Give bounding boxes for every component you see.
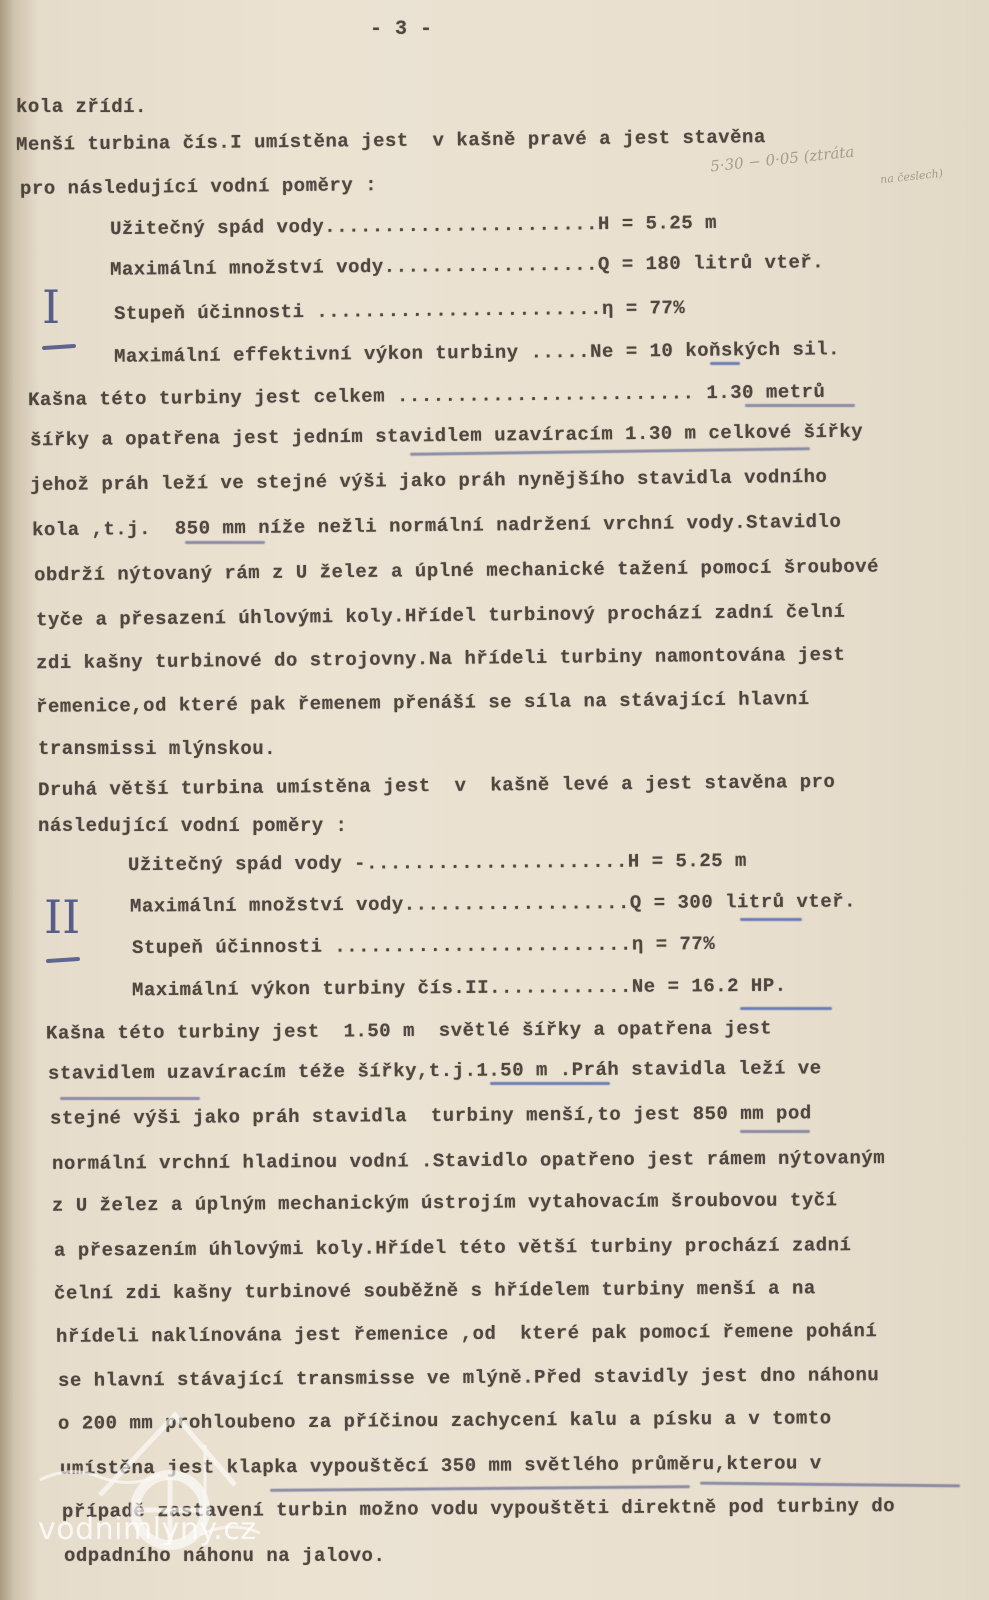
text-line: stavidlem uzavíracím téže šířky,t.j.1.50…: [48, 1057, 822, 1084]
spec-line-head: Užitečný spád vody -....................…: [128, 850, 747, 876]
text-line: stejné výši jako práh stavidla turbiny m…: [50, 1102, 812, 1129]
handwritten-note-continued: na česlech): [879, 167, 943, 187]
underline-mark: [410, 447, 810, 456]
text-line: kola zřídí.: [16, 96, 147, 118]
underline-mark: [700, 1482, 960, 1488]
text-line: a přesazením úhlovými koly.Hřídel této v…: [54, 1234, 852, 1262]
margin-mark-bar: [42, 344, 76, 350]
spec-line-efficiency: Stupeň účinnosti .......................…: [114, 297, 685, 325]
water-mill-house-icon: [30, 1385, 260, 1585]
text-line: kola ,t.j. 850 mm níže nežli normální na…: [32, 511, 842, 541]
margin-mark-ii: II: [44, 890, 80, 944]
spec-line-flow: Maximální množství vody.................…: [110, 251, 824, 280]
text-line: Kašna této turbiny jest 1.50 m světlé ší…: [46, 1017, 772, 1044]
text-line: čelní zdi kašny turbinové souběžně s hří…: [54, 1277, 816, 1304]
underline-mark: [270, 1485, 690, 1492]
watermark-text: vodnimlyny.cz: [38, 1512, 257, 1547]
text-line: zdi kašny turbinové do strojovny.Na hříd…: [36, 644, 846, 674]
spec-line-efficiency: Stupeň účinnosti .......................…: [132, 933, 715, 959]
text-line: normální vrchní hladinou vodní .Stavidlo…: [52, 1147, 885, 1175]
text-line: jehož práh leží ve stejné výši jako práh…: [30, 466, 828, 496]
text-line: pro následující vodní poměry :: [20, 174, 377, 200]
underline-mark: [185, 541, 265, 544]
text-line: obdrží nýtovaný rám z U želez a úplné me…: [34, 556, 879, 587]
underline-mark: [740, 1130, 810, 1133]
text-line: Druhá větší turbina umístěna jest v kašn…: [38, 771, 836, 801]
underline-mark: [490, 1082, 610, 1085]
text-line: tyče a přesazení úhlovými koly.Hřídel tu…: [36, 601, 846, 631]
margin-mark-i: I: [42, 280, 60, 334]
page-number: - 3 -: [370, 18, 433, 41]
underline-mark: [745, 404, 855, 407]
underline-mark: [60, 1097, 200, 1100]
underline-mark: [740, 1007, 832, 1010]
text-line: šířky a opatřena jest jedním stavidlem u…: [30, 421, 863, 452]
text-line: řemenice,od které pak řemenem přenáší se…: [36, 688, 810, 718]
document-page: - 3 - kola zřídí. Menší turbina čís.I um…: [0, 0, 989, 1600]
spec-line-flow: Maximální množství vody.................…: [130, 890, 856, 917]
text-line: Kašna této turbiny jest celkem .........…: [28, 381, 826, 411]
spec-line-power: Maximální výkon turbiny čís.II..........…: [132, 975, 787, 1002]
margin-mark-bar: [46, 957, 80, 963]
text-line: Menší turbina čís.I umístěna jest v kašn…: [16, 126, 766, 156]
underline-mark: [740, 918, 802, 921]
text-line: transmissi mlýnskou.: [38, 738, 276, 760]
text-line: z U želez a úplným mechanickým ústrojím …: [52, 1189, 838, 1216]
text-line: následující vodní poměry :: [38, 815, 347, 837]
text-line: hřídeli naklínována jest řemenice ,od kt…: [56, 1320, 877, 1348]
spec-line-head: Užitečný spád vody......................…: [110, 212, 717, 240]
underline-mark: [710, 362, 740, 365]
